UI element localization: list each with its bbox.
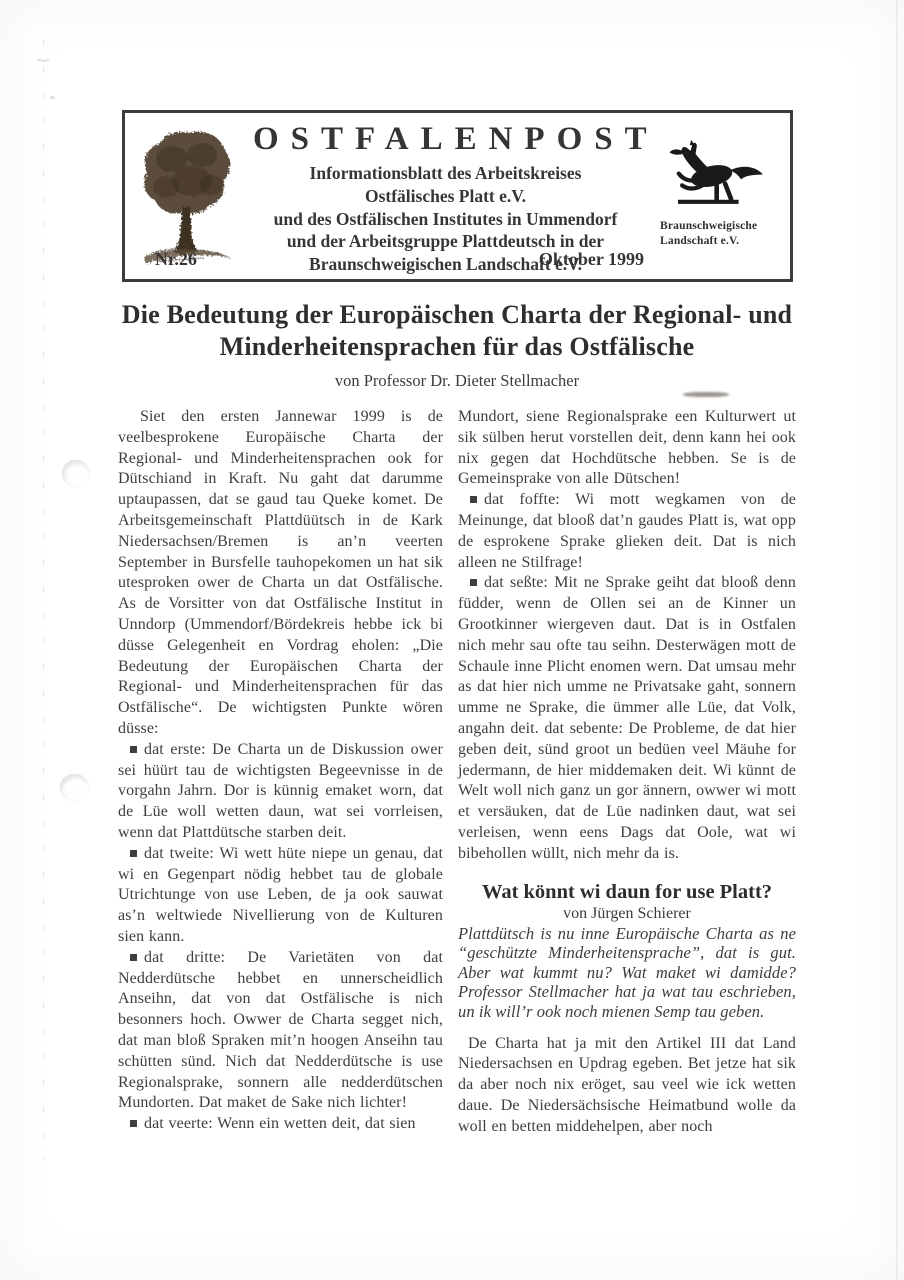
scan-speck <box>50 96 55 99</box>
masthead-box: OSTFALENPOST Informationsblatt des Arbei… <box>122 110 793 282</box>
article-body: Siet den ersten Jannewar 1999 is de veel… <box>118 407 796 1138</box>
punch-hole <box>62 460 90 487</box>
paragraph: dat seßte: Mit ne Sprake geiht dat blooß… <box>458 573 796 864</box>
newsletter-title: OSTFALENPOST <box>253 121 638 158</box>
paragraph: dat dritte: De Varietäten von dat Nedder… <box>118 948 443 1114</box>
braunschweigische-landschaft-logo: Braunschweigische Landschaft e.V. <box>646 139 784 249</box>
article-title-line: Minderheitensprachen für das Ostfälische <box>118 331 796 363</box>
article-byline: von Professor Dr. Dieter Stellmacher <box>118 371 796 391</box>
section-2: Wat könnt wi daun for use Platt? von Jür… <box>458 881 796 1138</box>
paragraph: dat tweite: Wi wett hüte niepe un genau,… <box>118 844 443 948</box>
logo-caption-line: Landschaft e.V. <box>660 234 784 249</box>
punch-hole <box>60 774 89 801</box>
paragraph: Siet den ersten Jannewar 1999 is de veel… <box>118 407 443 740</box>
paper-edge <box>896 0 898 1280</box>
section-intro-italic: Plattdütsch is nu inne Europäische Chart… <box>458 924 796 1022</box>
section-byline: von Jürgen Schierer <box>458 905 796 923</box>
leaping-horse-icon <box>656 139 774 225</box>
left-column: Siet den ersten Jannewar 1999 is de veel… <box>118 407 443 1138</box>
article-title: Die Bedeutung der Europäischen Charta de… <box>118 299 796 363</box>
paragraph: De Charta hat ja mit den Artikel III dat… <box>458 1034 796 1138</box>
paragraph: dat foffte: Wi mott wegkamen von de Mein… <box>458 490 796 573</box>
article-title-line: Die Bedeutung der Europäischen Charta de… <box>118 299 796 331</box>
masthead-subtitle-line: und des Ostfälischen Institutes in Ummen… <box>253 208 638 231</box>
masthead-subtitle-line: Ostfälisches Platt e.V. <box>253 185 638 208</box>
section-heading: Wat könnt wi daun for use Platt? <box>458 881 796 904</box>
issue-number: Nr.26 <box>155 249 197 270</box>
logo-caption: Braunschweigische Landschaft e.V. <box>660 219 784 249</box>
masthead-subtitle-line: Informationsblatt des Arbeitskreises <box>253 162 638 185</box>
pencil-mark <box>37 49 53 64</box>
section-paragraphs: De Charta hat ja mit den Artikel III dat… <box>458 1034 796 1138</box>
masthead-issue-row: Nr.26 Oktober 1999 <box>155 249 644 270</box>
issue-date: Oktober 1999 <box>539 249 644 270</box>
logo-caption-line: Braunschweigische <box>660 219 784 234</box>
right-column-top: Mundort, siene Regionalsprake een Kultur… <box>458 407 796 865</box>
scan-smudge <box>683 392 729 397</box>
paragraph: Mundort, siene Regionalsprake een Kultur… <box>458 407 796 490</box>
paragraph: dat erste: De Charta un de Diskussion ow… <box>118 740 443 844</box>
right-column: Mundort, siene Regionalsprake een Kultur… <box>458 407 796 1138</box>
scanner-edge-line <box>43 40 44 1160</box>
scanned-newsletter-page: OSTFALENPOST Informationsblatt des Arbei… <box>0 0 904 1280</box>
paragraph: dat veerte: Wenn ein wetten deit, dat si… <box>118 1114 443 1135</box>
